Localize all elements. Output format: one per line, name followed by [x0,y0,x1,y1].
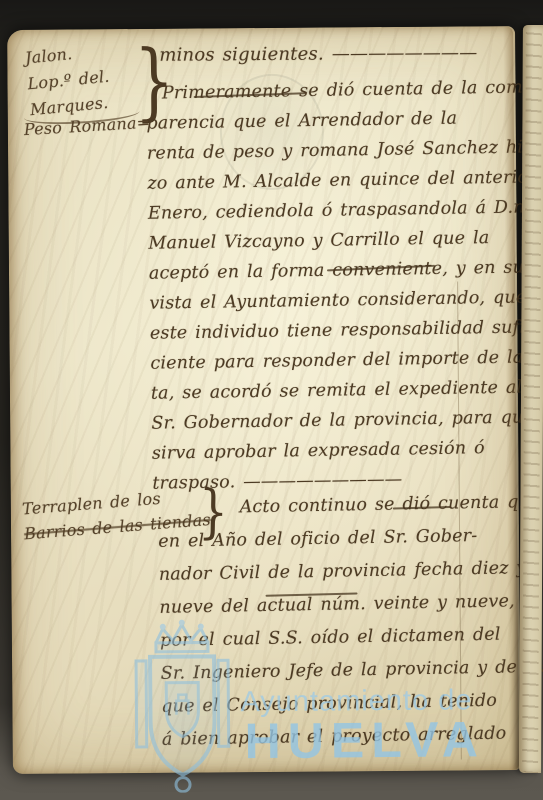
manuscript-page: Jalon.Lop.º del.Marques. } minos siguien… [7,26,521,774]
manuscript-scan: Jalon.Lop.º del.Marques. } minos siguien… [0,0,543,800]
opening-line: minos siguientes. ———————— [159,42,477,65]
manuscript-line: Acto continuo se dió cuenta q.e [157,486,543,526]
paragraph-terraplen: Acto continuo se dió cuenta q.een el Año… [157,486,543,757]
adjacent-page-ink-marks [522,25,541,773]
manuscript-line: sirva aprobar la expresada cesión ó [152,432,543,469]
manuscript-line: á bien aprobar el proyecto arreglado [162,717,543,757]
adjacent-page-edge [519,25,543,773]
paragraph-peso-romana: Primeramente se dió cuenta de la com-par… [146,72,543,499]
